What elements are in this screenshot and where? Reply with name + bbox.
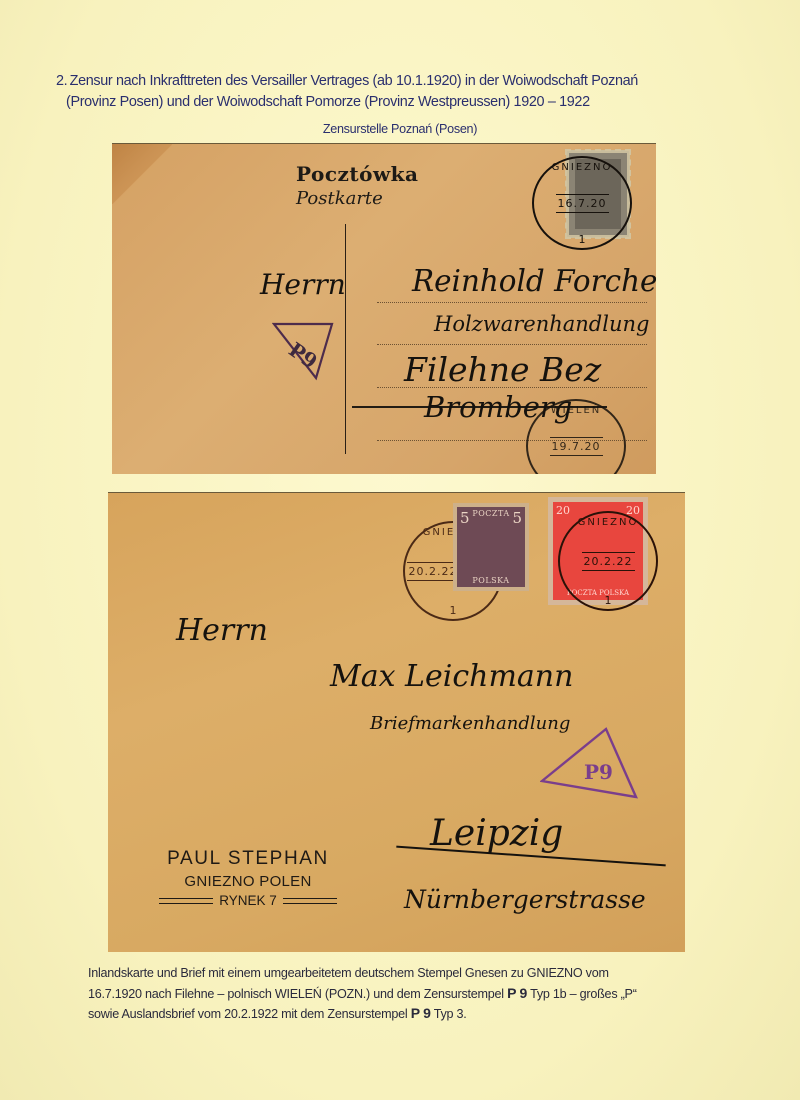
item-caption: Inlandskarte und Brief mit einem umgearb… (88, 964, 760, 1025)
double-rule (159, 898, 213, 904)
heading-line-1: 2. Zensur nach Inkrafttreten des Versail… (56, 71, 776, 92)
postcard-divider (345, 224, 346, 454)
postcard-item: Pocztówka Postkarte GNIEZNO 16.7.20 1 He… (112, 144, 656, 474)
sender-imprint: PAUL STEPHAN GNIEZNO POLEN RYNEK 7 (148, 848, 348, 908)
caption-line-2: 16.7.1920 nach Filehne – polnisch WIELEŃ… (88, 984, 760, 1005)
postcard-subtitle: Postkarte (296, 188, 383, 209)
censor-mark-triangle: P9 (272, 322, 334, 382)
postmark-origin: GNIEZNO 16.7.20 1 (532, 156, 632, 250)
heading-line-2: (Provinz Posen) und der Woiwodschaft Pom… (56, 92, 776, 113)
photo-corner (112, 144, 172, 204)
envelope-item: GNIEZNO 20.2.22 1 5 5 POCZTA POLSKA 20 2… (108, 493, 685, 952)
censor-mark-triangle: P9 (540, 725, 640, 799)
sender-street: RYNEK 7 (219, 893, 277, 908)
handwritten-salutation: Herrn (260, 268, 346, 301)
censor-mark-text: P9 (584, 760, 613, 784)
handwritten-city: Leipzig (430, 813, 563, 854)
handwritten-line2: Holzwarenhandlung (434, 312, 649, 336)
postmark-arrival: WIELEŃ 19.7.20 (POZN.) (526, 399, 626, 474)
address-line (377, 344, 647, 345)
postage-stamp-violet: 5 5 POCZTA POLSKA (453, 503, 529, 591)
handwritten-name: Max Leichmann (330, 659, 573, 694)
sender-name: PAUL STEPHAN (148, 848, 348, 870)
postcard-title: Pocztówka (296, 162, 419, 186)
section-number: 2. (56, 71, 66, 92)
page-heading: 2. Zensur nach Inkrafttreten des Versail… (56, 71, 776, 113)
handwritten-city: Filehne Bez (404, 350, 601, 389)
handwritten-name: Reinhold Forchert (412, 264, 656, 299)
postmark-envelope-2: GNIEZNO 20.2.22 1 (558, 511, 658, 611)
handwritten-street: Nürnbergerstrasse (404, 885, 646, 914)
handwritten-salutation: Herrn (176, 613, 268, 648)
address-line (377, 302, 647, 303)
double-rule (283, 898, 337, 904)
censor-mark-text: P9 (284, 337, 321, 373)
caption-line-3: sowie Auslandsbrief vom 20.2.1922 mit de… (88, 1004, 760, 1025)
sender-street-row: RYNEK 7 (148, 893, 348, 908)
caption-line-1: Inlandskarte und Brief mit einem umgearb… (88, 964, 760, 984)
page-subheading: Zensurstelle Poznań (Posen) (0, 122, 800, 136)
sender-city: GNIEZNO POLEN (148, 873, 348, 890)
